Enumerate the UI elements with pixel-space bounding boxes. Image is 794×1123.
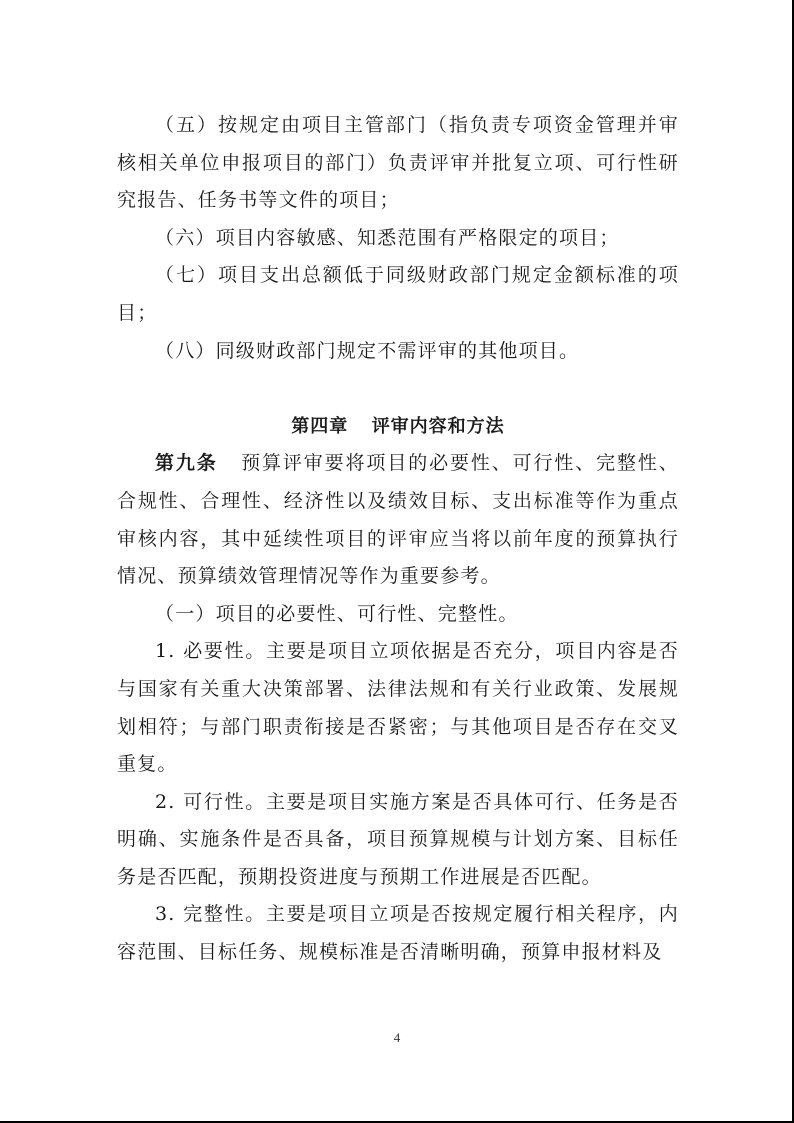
chapter-heading: 第四章评审内容和方法 [117, 408, 679, 446]
paragraph-completeness: 3. 完整性。主要是项目立项是否按规定履行相关程序，内容范围、目标任务、规模标准… [117, 896, 679, 971]
chapter-title: 评审内容和方法 [372, 416, 505, 437]
chapter-number: 第四章 [291, 416, 348, 437]
article-paragraph: 第九条预算评审要将项目的必要性、可行性、完整性、合规性、合理性、经济性以及绩效目… [117, 445, 679, 595]
paragraph-item-7: （七）项目支出总额低于同级财政部门规定金额标准的项目； [117, 257, 679, 332]
article-number: 第九条 [155, 452, 218, 474]
paragraph-necessity: 1. 必要性。主要是项目立项依据是否充分，项目内容是否与国家有关重大决策部署、法… [117, 633, 679, 783]
subsection-heading: （一）项目的必要性、可行性、完整性。 [117, 596, 679, 634]
paragraph-item-6: （六）项目内容敏感、知悉范围有严格限定的项目； [117, 220, 679, 258]
paragraph-item-5: （五）按规定由项目主管部门（指负责专项资金管理并审核相关单位申报项目的部门）负责… [117, 107, 679, 220]
page-number: 4 [0, 1030, 794, 1046]
document-page: （五）按规定由项目主管部门（指负责专项资金管理并审核相关单位申报项目的部门）负责… [0, 0, 794, 1123]
page-content: （五）按规定由项目主管部门（指负责专项资金管理并审核相关单位申报项目的部门）负责… [117, 107, 679, 972]
paragraph-item-8: （八）同级财政部门规定不需评审的其他项目。 [117, 333, 679, 371]
section-spacer [117, 370, 679, 408]
paragraph-feasibility: 2. 可行性。主要是项目实施方案是否具体可行、任务是否明确、实施条件是否具备，项… [117, 784, 679, 897]
